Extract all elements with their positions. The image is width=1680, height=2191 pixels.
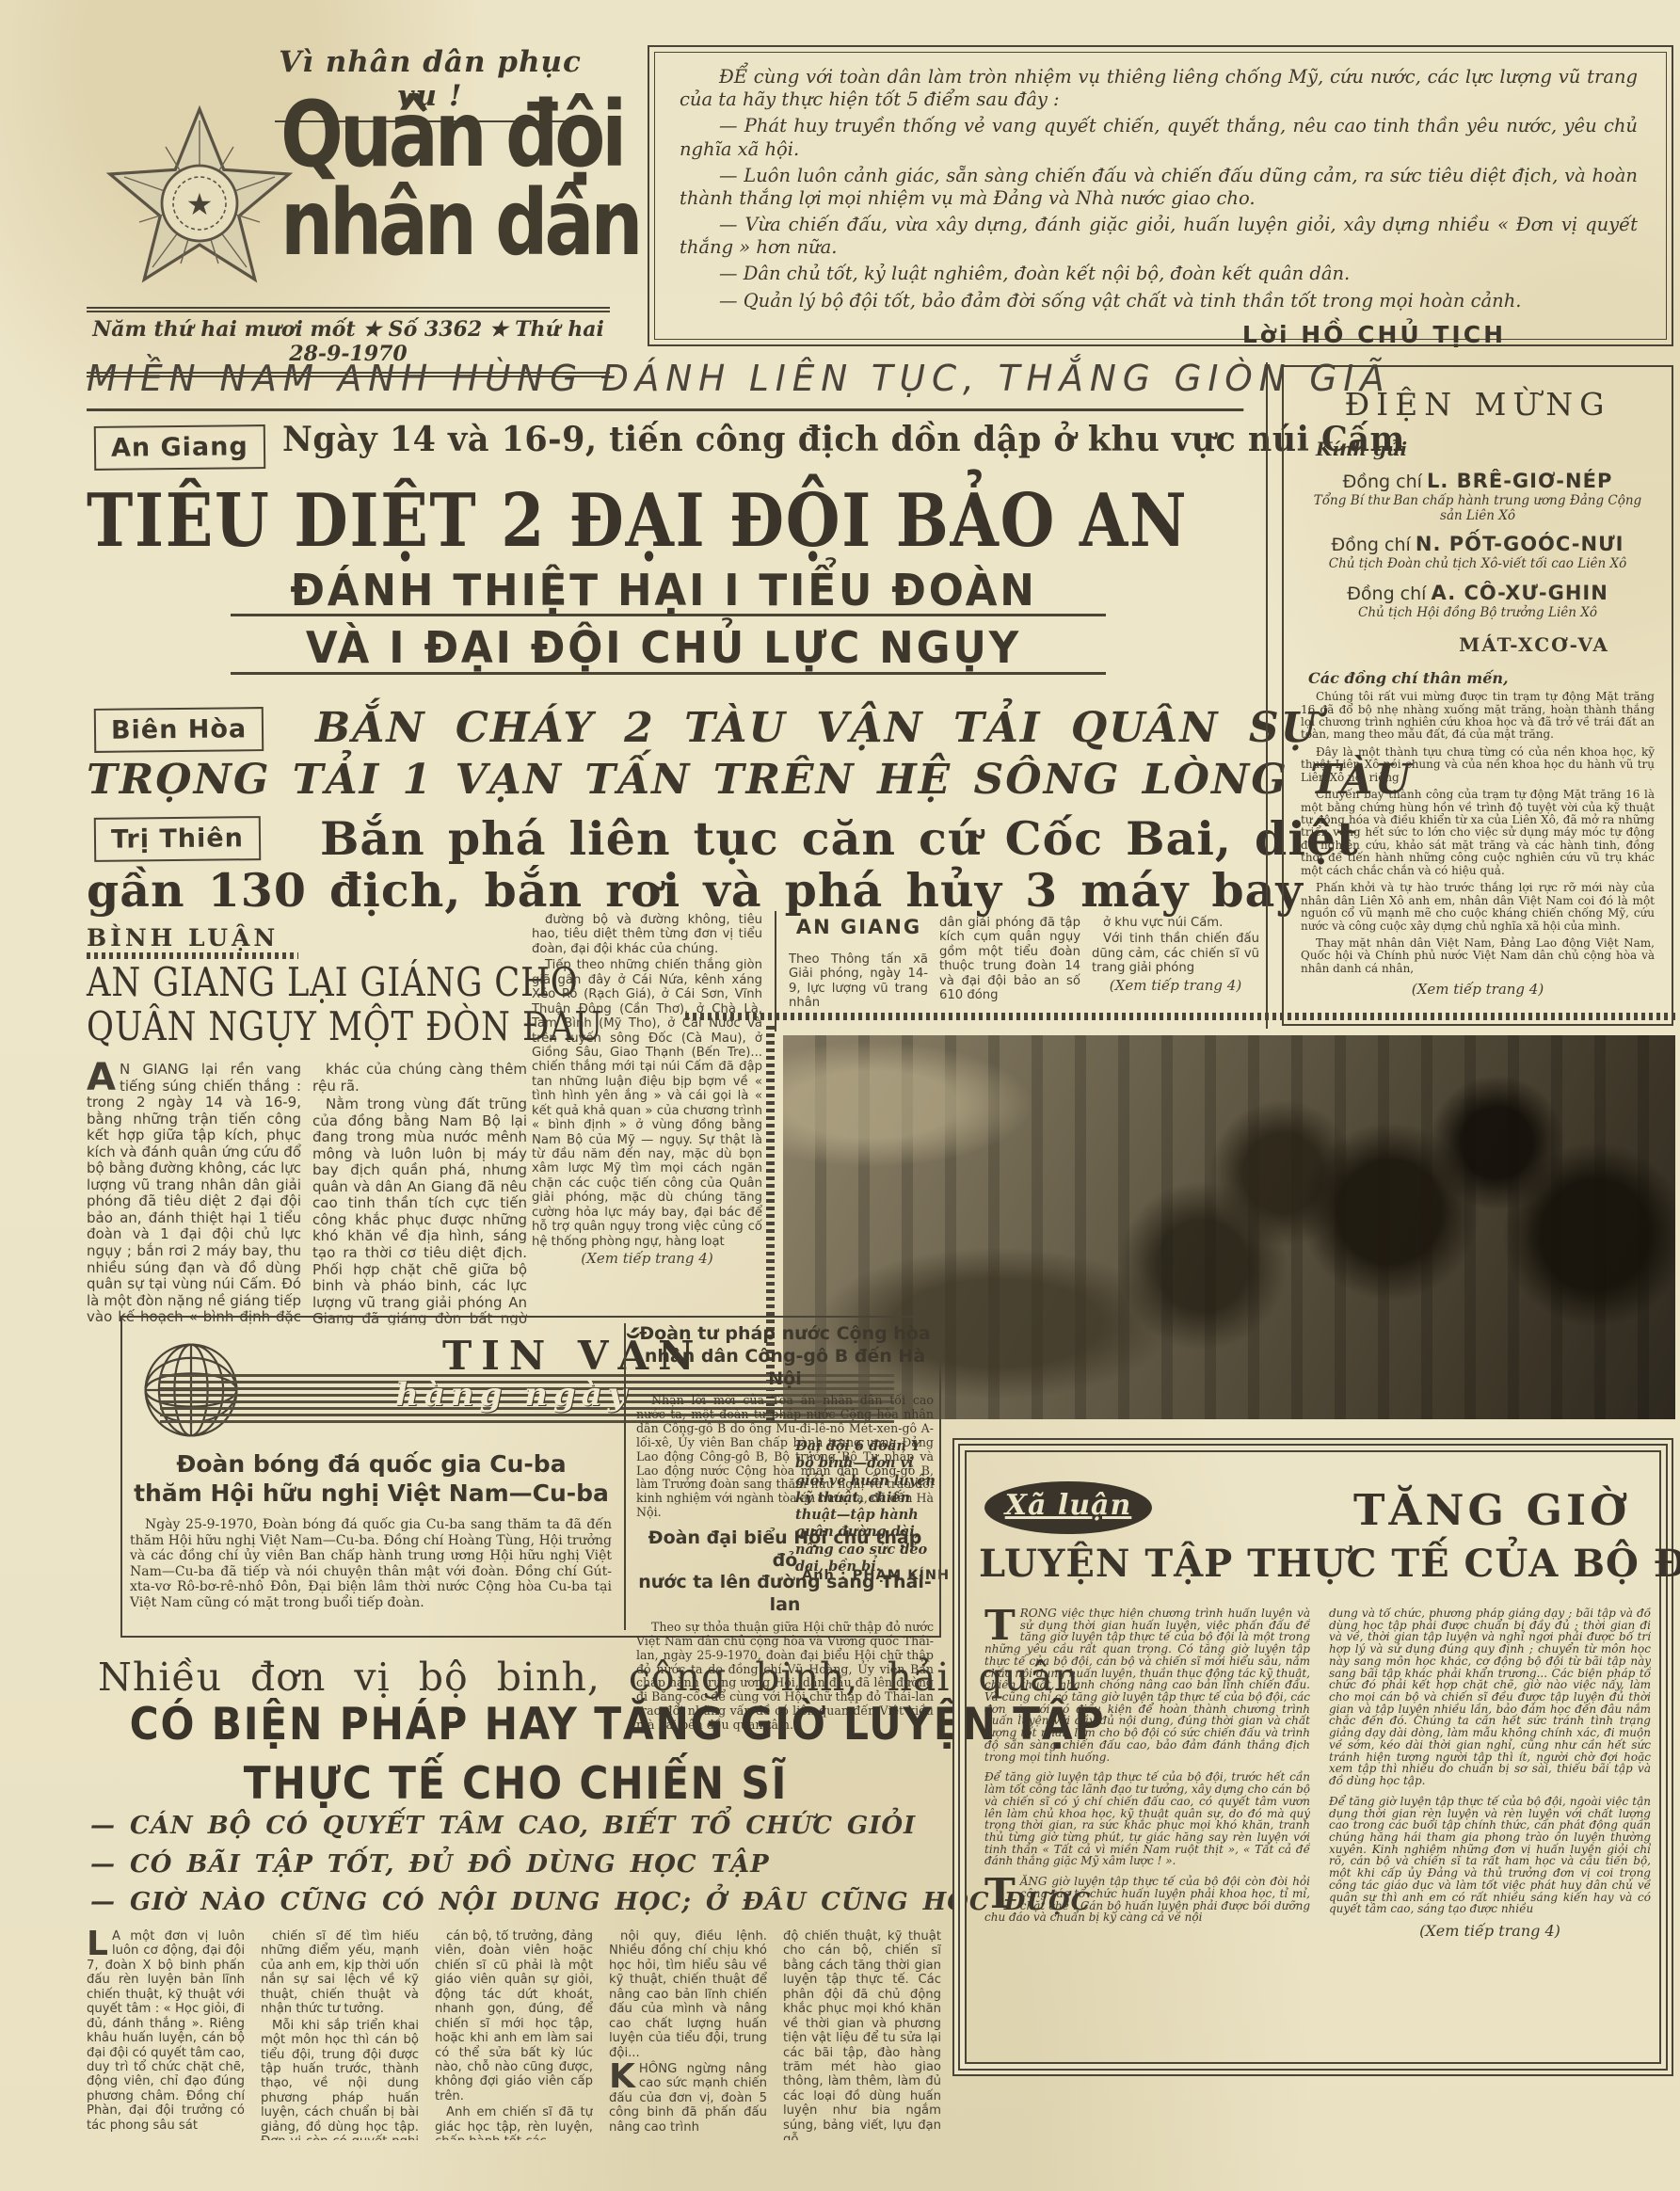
rule — [231, 614, 1106, 616]
training-text: Mỗi khi sắp triển khai một môn học thì c… — [261, 2019, 419, 2140]
congo-body: Nhận lời mời của Tòa án nhân dân tối cao… — [636, 1394, 934, 1520]
dien-mung-box: ĐIỆN MỪNG Kính gửi Đồng chí L. BRÊ-GIƠ-N… — [1282, 365, 1673, 1026]
training-text: nội quy, điều lệnh. Nhiều đồng chí chịu … — [609, 1929, 767, 2060]
training-text: độ chiến thuật, kỹ thuật cho cán bộ, chi… — [783, 1929, 941, 2140]
brief-text: Ngày 25-9-1970, Đoàn bóng đá quốc gia Cu… — [130, 1517, 612, 1610]
medal-star-icon: ★ — [105, 105, 294, 305]
recipient: Đồng chí L. BRÊ-GIƠ-NÉP Tổng Bí thư Ban … — [1284, 470, 1672, 523]
commentary-text: khác của chúng càng thêm rệu rã. — [312, 1062, 527, 1095]
editorial-text: ĂNG giờ luyện tập thực tế của bộ đội còn… — [984, 1875, 1310, 1924]
cuba-headline: Đoàn bóng đá quốc gia Cu-ba thăm Hội hữu… — [134, 1449, 609, 1509]
ho-chi-minh-quote-box: ĐỂ cùng với toàn dân làm tròn nhiệm vụ t… — [648, 45, 1673, 346]
location-label-bien-hoa: Biên Hòa — [94, 707, 264, 753]
continued-note: (Xem tiếp trang 4) — [1329, 1924, 1651, 1940]
telegram-paragraph: Chúng tôi rất vui mừng được tin trạm tự … — [1301, 691, 1655, 742]
masthead-title-line2: nhân dân — [280, 179, 639, 267]
training-kicker: Nhiều đơn vị bộ binh, công binh, hải quâ… — [98, 1655, 945, 1700]
training-col-4: nội quy, điều lệnh. Nhiều đồng chí chịu … — [609, 1929, 767, 2140]
training-col-1: LÀ một đơn vị luôn luôn cơ động, đại đội… — [87, 1929, 245, 2140]
drop-cap: A — [87, 1062, 120, 1093]
editorial-headline-line2: LUYỆN TẬP THỰC TẾ CỦA BỘ ĐỘI — [979, 1542, 1649, 1586]
training-bullet: — CÓ BÃI TẬP TỐT, ĐỦ ĐỒ DÙNG HỌC TẬP — [90, 1850, 770, 1879]
telegram-paragraph: Thay mặt nhân dân Việt Nam, Đảng Lao độn… — [1301, 937, 1655, 975]
recipient-name: L. BRÊ-GIƠ-NÉP — [1427, 470, 1612, 492]
telegram-place: MÁT-XCƠ-VA — [1284, 633, 1672, 656]
svg-text:★: ★ — [186, 186, 214, 222]
location-label-tri-thien: Trị Thiên — [94, 816, 261, 862]
commentary-text: Nằm trong vùng đất trũng của đồng bằng N… — [312, 1096, 527, 1325]
bien-hoa-headline-line1: BẮN CHÁY 2 TÀU VẬN TẢI QUÂN SỰ — [315, 704, 1319, 752]
training-bullet: — GIỜ NÀO CŨNG CÓ NỘI DUNG HỌC; Ở ĐÂU CŨ… — [90, 1888, 1091, 1916]
thailan-headline-line2: nước ta lên đường sang Thái-lan — [636, 1572, 934, 1617]
commentary-text: N GIANG lại rền vang tiếng súng chiến th… — [87, 1062, 301, 1325]
training-headline-line1: CÓ BIỆN PHÁP HAY TĂNG GIỜ LUYỆN TẬP — [130, 1699, 903, 1751]
dien-mung-salutation: Kính gửi — [1316, 438, 1672, 460]
continued-note: (Xem tiếp trang 4) — [1284, 981, 1672, 998]
editorial-text: Để tăng giờ luyện tập thực tế của bộ đội… — [1329, 1796, 1651, 1915]
dispatch-text: ở khu vực núi Cấm. — [1092, 916, 1259, 930]
brief-text: Nhận lời mời của Tòa án nhân dân tối cao… — [636, 1394, 934, 1520]
editorial-text: dung và tổ chức, phương pháp giảng dạy ;… — [1329, 1607, 1651, 1787]
telegram-greeting: Các đồng chí thân mến, — [1308, 669, 1672, 687]
training-col-2: chiến sĩ để tìm hiểu những điểm yếu, mạn… — [261, 1929, 419, 2140]
news-briefs-box: TIN VẮN hàng ngày Đoàn bóng đá quốc gia … — [120, 1316, 941, 1638]
editorial-headline-line1: TĂNG GIỜ — [1353, 1485, 1630, 1535]
recipient: Đồng chí N. PỐT-GOÓC-NƯI Chủ tịch Đoàn c… — [1284, 533, 1672, 572]
quote-paragraph: — Luôn luôn cảnh giác, sẵn sàng chiến đấ… — [680, 165, 1638, 210]
rule — [231, 672, 1106, 675]
quote-attribution: Lời HỒ CHỦ TỊCH — [680, 320, 1638, 349]
recipient-prefix: Đồng chí — [1347, 584, 1426, 604]
lead-subhead-2: VÀ I ĐẠI ĐỘI CHỦ LỰC NGỤY — [239, 622, 1089, 673]
commentary-col-3: đường bộ và đường không, tiêu hao, tiêu … — [532, 913, 762, 1301]
editorial-text: Để tăng giờ luyện tập thực tế của bộ đội… — [984, 1771, 1310, 1867]
dien-mung-title: ĐIỆN MỪNG — [1284, 386, 1672, 423]
briefs-subtitle: hàng ngày — [395, 1376, 632, 1414]
kicker-underline — [87, 952, 298, 959]
training-bullet: — CÁN BỘ CÓ QUYẾT TÂM CAO, BIẾT TỔ CHỨC … — [90, 1812, 916, 1840]
recipient-title: Chủ tịch Đoàn chủ tịch Xô-viết tối cao L… — [1310, 557, 1645, 572]
masthead-logotype: Quân đội nhân dân — [280, 90, 639, 267]
dispatch-col-2: dân giải phóng đã tập kích cụm quân ngụy… — [939, 916, 1080, 1003]
editorial-badge: Xã luận — [984, 1481, 1152, 1534]
continued-note: (Xem tiếp trang 4) — [1092, 978, 1259, 995]
training-text: chiến sĩ để tìm hiểu những điểm yếu, mạn… — [261, 1929, 419, 2017]
lead-headline: TIÊU DIỆT 2 ĐẠI ĐỘI BẢO AN — [87, 478, 1188, 564]
commentary-headline-line1: AN GIANG LẠI GIÁNG CHO — [87, 960, 603, 1004]
column-divider — [624, 1323, 626, 1630]
commentary-headline: AN GIANG LẠI GIÁNG CHO QUÂN NGỤY MỘT ĐÒN… — [87, 960, 603, 1048]
tri-thien-headline-line2: gần 130 địch, bắn rơi và phá hủy 3 máy b… — [87, 863, 1304, 918]
recipient-name: A. CÔ-XƯ-GHIN — [1432, 582, 1608, 604]
drop-cap: L — [87, 1929, 112, 1958]
quote-paragraph: — Quản lý bộ đội tốt, bảo đảm đời sống v… — [680, 290, 1638, 312]
bien-hoa-headline-line2: TRỌNG TẢI 1 VẠN TẤN TRÊN HỆ SÔNG LÒNG TÀ… — [87, 756, 1413, 804]
telegram-paragraph: Đây là một thành tựu chưa từng có của nề… — [1301, 746, 1655, 784]
dispatch-text: Với tinh thần chiến đấu dũng cảm, các ch… — [1092, 932, 1259, 975]
editorial-col-1: TRONG việc thực hiện chương trình huấn l… — [984, 1607, 1310, 2048]
quote-text: ĐỂ cùng với toàn dân làm tròn nhiệm vụ t… — [654, 52, 1667, 340]
drop-cap: K — [609, 2062, 639, 2090]
column-divider — [1266, 362, 1268, 1029]
commentary-kicker: BÌNH LUẬN — [87, 924, 279, 952]
newspaper-page: Vì nhân dân phục vụ ! ★ Quân đội nhân dâ… — [0, 0, 1680, 2191]
banner-headline: MIỀN NAM ANH HÙNG ĐÁNH LIÊN TỤC, THẮNG G… — [87, 358, 1243, 411]
recipient-name: N. PỐT-GOÓC-NƯI — [1416, 533, 1624, 555]
location-label-an-giang: An Giang — [94, 424, 265, 471]
recipient-prefix: Đồng chí — [1343, 472, 1422, 492]
editorial-text: RONG việc thực hiện chương trình huấn lu… — [984, 1607, 1310, 1764]
training-col-5: độ chiến thuật, kỹ thuật cho cán bộ, chi… — [783, 1929, 941, 2140]
recipient-title: Chủ tịch Hội đồng Bộ trưởng Liên Xô — [1310, 606, 1645, 621]
editorial-col-2: dung và tổ chức, phương pháp giảng dạy ;… — [1329, 1607, 1651, 2048]
dispatch-col-3: ở khu vực núi Cấm. Với tinh thần chiến đ… — [1092, 916, 1259, 994]
commentary-col-2: khác của chúng càng thêm rệu rã. Nằm tro… — [312, 1062, 527, 1325]
editorial-box: Xã luận TĂNG GIỜ LUYỆN TẬP THỰC TẾ CỦA B… — [952, 1438, 1673, 2076]
drop-cap: T — [984, 1607, 1020, 1641]
cuba-body: Ngày 25-9-1970, Đoàn bóng đá quốc gia Cu… — [130, 1517, 612, 1610]
quote-paragraph: ĐỂ cùng với toàn dân làm tròn nhiệm vụ t… — [680, 66, 1638, 111]
recipient-title: Tổng Bí thư Ban chấp hành trung ương Đản… — [1310, 494, 1645, 523]
training-text: Anh em chiến sĩ đã tự giác học tập, rèn … — [435, 2105, 593, 2140]
recipient-prefix: Đồng chí — [1332, 535, 1411, 555]
dispatch-header: AN GIANG — [791, 916, 927, 938]
congo-headline-line2: nhân dân Công-gô B đến Hà Nội — [636, 1346, 934, 1391]
thailan-headline-line1: Đoàn đại biểu Hội chữ thập đỏ — [636, 1527, 934, 1573]
telegram-paragraph: Chuyến bay thành công của trạm tự động M… — [1301, 789, 1655, 877]
cuba-headline-line1: Đoàn bóng đá quốc gia Cu-ba — [134, 1449, 609, 1479]
lead-subhead-1: ĐÁNH THIỆT HẠI I TIỂU ĐOÀN — [239, 565, 1089, 616]
dispatch-col-1: Theo Thông tấn xã Giải phóng, ngày 14-9,… — [789, 952, 928, 1011]
training-text: À một đơn vị luôn luôn cơ động, đại đội … — [87, 1929, 245, 2133]
commentary-headline-line2: QUÂN NGỤY MỘT ĐÒN ĐAU — [87, 1004, 603, 1048]
telegram-paragraph: Phấn khởi và tự hào trước thắng lợi rực … — [1301, 882, 1655, 933]
recipient: Đồng chí A. CÔ-XƯ-GHIN Chủ tịch Hội đồng… — [1284, 582, 1672, 621]
training-col-3: cán bộ, tổ trưởng, đảng viên, đoàn viên … — [435, 1929, 593, 2140]
commentary-col-1: AN GIANG lại rền vang tiếng súng chiến t… — [87, 1062, 301, 1325]
continued-note: (Xem tiếp trang 4) — [532, 1251, 762, 1268]
photo-border-top — [685, 1013, 1675, 1020]
cuba-headline-line2: thăm Hội hữu nghị Việt Nam—Cu-ba — [134, 1479, 609, 1508]
training-text: cán bộ, tổ trưởng, đảng viên, đoàn viên … — [435, 1929, 593, 2103]
congo-headline: Đoàn tư pháp nước Cộng hòa nhân dân Công… — [636, 1323, 934, 1390]
commentary-text: đường bộ và đường không, tiêu hao, tiêu … — [532, 913, 762, 956]
congo-headline-line1: Đoàn tư pháp nước Cộng hòa — [636, 1323, 934, 1346]
lead-kicker: Ngày 14 và 16-9, tiến công địch dồn dập … — [282, 420, 1237, 459]
quote-paragraph: — Phát huy truyền thống vẻ vang quyết ch… — [680, 115, 1638, 160]
quote-paragraph: — Dân chủ tốt, kỷ luật nghiêm, đoàn kết … — [680, 263, 1638, 285]
quote-paragraph: — Vừa chiến đấu, vừa xây dựng, đánh giặc… — [680, 214, 1638, 259]
thailan-headline: Đoàn đại biểu Hội chữ thập đỏ nước ta lê… — [636, 1527, 934, 1617]
training-headline-line2: THỰC TẾ CHO CHIẾN SĨ — [130, 1758, 903, 1810]
commentary-text: Tiếp theo những chiến thắng giòn giã gần… — [532, 958, 762, 1249]
drop-cap: T — [984, 1876, 1020, 1910]
masthead-title-line1: Quân đội — [280, 90, 639, 179]
tri-thien-headline-line1: Bắn phá liên tục căn cứ Cốc Bai, diệt — [320, 811, 1359, 866]
